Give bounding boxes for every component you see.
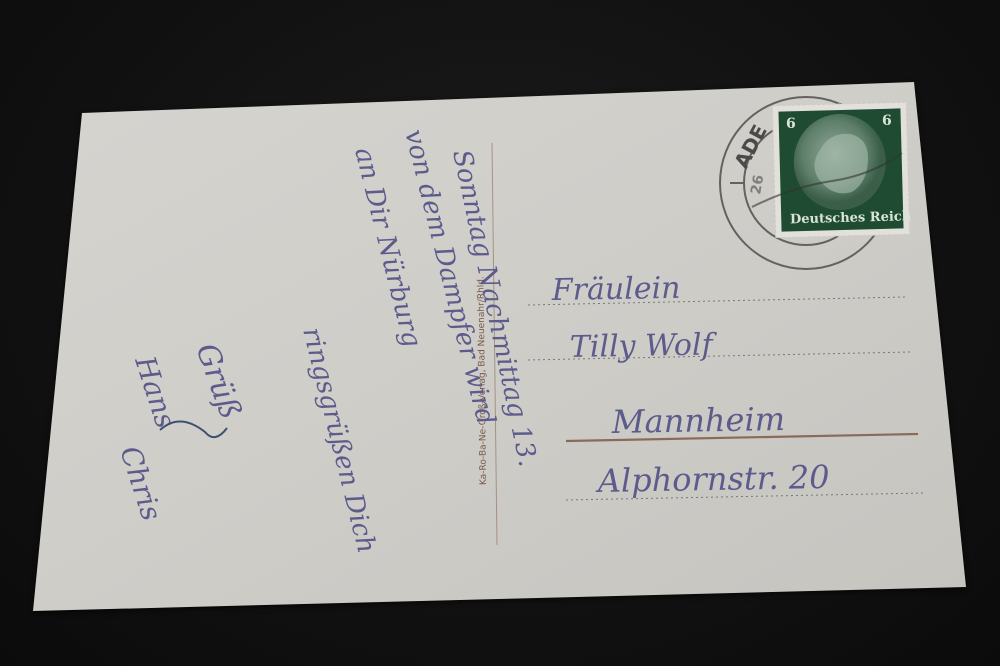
postcard-photo: Ka-Ro-Ba-Ne-Groß-Verlag, Bad Neuenahr/Rh… — [0, 0, 1000, 666]
postmark-date: 26 — [748, 174, 767, 196]
address-line: Tilly Wolf — [570, 327, 718, 365]
postage-stamp: 6 6 Deutsches Reich — [772, 102, 912, 237]
address-line: Fräulein — [551, 271, 681, 308]
svg-text:6: 6 — [786, 116, 796, 132]
address-line: Mannheim — [610, 400, 785, 441]
svg-text:6: 6 — [882, 113, 892, 129]
address-line: Alphornstr. 20 — [594, 458, 829, 500]
stamp-country: Deutsches Reich — [790, 209, 912, 227]
